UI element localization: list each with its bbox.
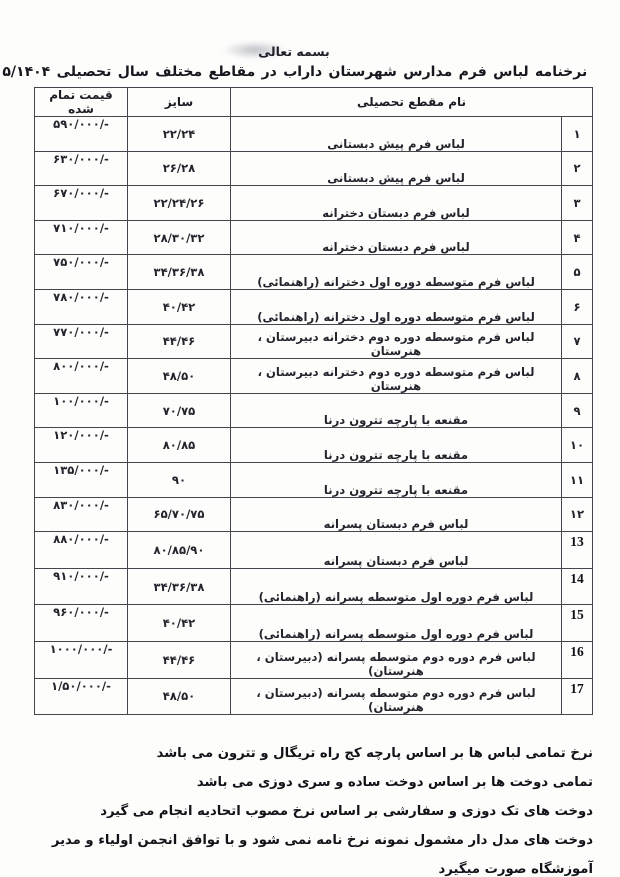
size-cell-value: ۴۴/۴۶ bbox=[163, 334, 196, 348]
price-cell-value: ۹۱۰/۰۰۰/- bbox=[53, 569, 109, 583]
table-row: ۱۲لباس فرم دبستان پسرانه۶۵/۷۰/۷۵۸۳۰/۰۰۰/… bbox=[35, 497, 593, 532]
academic-year: ۱۴۰۵/۱۴۰۴ bbox=[0, 64, 50, 80]
size-cell: ۴۰/۴۲ bbox=[128, 289, 231, 324]
price-cell-value: ۸۳۰/۰۰۰/- bbox=[53, 498, 109, 512]
header-price: قیمت تمام شده bbox=[35, 88, 128, 117]
size-cell: ۳۴/۳۶/۳۸ bbox=[128, 568, 231, 605]
size-cell-value: ۴۰/۴۲ bbox=[163, 616, 196, 630]
size-cell: ۴۸/۵۰ bbox=[128, 678, 231, 715]
row-number-cell-value: ۷ bbox=[573, 334, 580, 348]
row-number-cell: 13 bbox=[562, 532, 593, 569]
level-name-cell-value: مقنعه با پارچه تترون درنا bbox=[324, 448, 468, 462]
footnote-line: نرخ تمامی لباس ها بر اساس پارچه کج راه ت… bbox=[5, 739, 593, 768]
price-cell: ۶۳۰/۰۰۰/- bbox=[35, 151, 128, 186]
row-number-cell: 16 bbox=[562, 641, 593, 678]
level-name-cell-value: لباس فرم پیش دبستانی bbox=[327, 171, 465, 185]
level-name-cell: مقنعه با پارچه تترون درنا bbox=[231, 462, 562, 497]
table-row: 13لباس فرم دبستان پسرانه۸۰/۸۵/۹۰۸۸۰/۰۰۰/… bbox=[35, 532, 593, 569]
size-cell-value: ۶۵/۷۰/۷۵ bbox=[154, 507, 205, 521]
row-number-cell: ۱۰ bbox=[562, 428, 593, 463]
row-number-cell-value: 16 bbox=[570, 644, 584, 659]
size-cell-value: ۸۰/۸۵/۹۰ bbox=[154, 543, 205, 557]
row-number-cell: 14 bbox=[562, 568, 593, 605]
table-row: ۲لباس فرم پیش دبستانی۲۶/۲۸۶۳۰/۰۰۰/- bbox=[35, 151, 593, 186]
row-number-cell: ۵ bbox=[562, 255, 593, 290]
row-number-cell-value: ۸ bbox=[573, 369, 580, 383]
level-name-cell-value: لباس فرم دبستان دخترانه bbox=[322, 240, 470, 254]
size-cell: ۲۸/۳۰/۳۲ bbox=[128, 220, 231, 255]
level-name-cell: لباس فرم متوسطه دوره دوم دخترانه دبیرستا… bbox=[231, 359, 562, 394]
level-name-cell-value: مقنعه با پارچه تترون درنا bbox=[324, 483, 468, 497]
row-number-cell-value: ۹ bbox=[573, 404, 580, 418]
size-cell: ۲۶/۲۸ bbox=[128, 151, 231, 186]
level-name-cell: لباس فرم متوسطه دوره اول دخترانه (راهنما… bbox=[231, 255, 562, 290]
uniform-price-table: نام مقطع تحصیلی سایز قیمت تمام شده ۱لباس… bbox=[34, 87, 593, 715]
row-number-cell: ۲ bbox=[562, 151, 593, 186]
price-cell-value: ۱۲۰/۰۰۰/- bbox=[53, 428, 109, 442]
size-cell: ۶۵/۷۰/۷۵ bbox=[128, 497, 231, 532]
price-cell: ۵۹۰/۰۰۰/- bbox=[35, 117, 128, 152]
size-cell: ۴۴/۴۶ bbox=[128, 641, 231, 678]
table-row: ۱لباس فرم پیش دبستانی۲۲/۲۴۵۹۰/۰۰۰/- bbox=[35, 117, 593, 152]
row-number-cell: ۸ bbox=[562, 359, 593, 394]
table-row: 16لباس فرم دوره دوم متوسطه پسرانه (دبیرس… bbox=[35, 641, 593, 678]
level-name-cell-value: لباس فرم متوسطه دوره اول دخترانه (راهنما… bbox=[257, 310, 535, 324]
size-cell: ۸۰/۸۵/۹۰ bbox=[128, 532, 231, 569]
row-number-cell: ۷ bbox=[562, 324, 593, 359]
level-name-cell-value: لباس فرم دبستان دخترانه bbox=[322, 206, 470, 220]
level-name-cell-value: لباس فرم پیش دبستانی bbox=[327, 137, 465, 151]
price-cell: ۷۷۰/۰۰۰/- bbox=[35, 324, 128, 359]
header-size: سایز bbox=[128, 88, 231, 117]
size-cell-value: ۹۰ bbox=[172, 473, 186, 487]
price-cell-value: ۶۷۰/۰۰۰/- bbox=[53, 186, 109, 200]
level-name-cell: لباس فرم پیش دبستانی bbox=[231, 117, 562, 152]
level-name-cell: لباس فرم متوسطه دوره دوم دخترانه دبیرستا… bbox=[231, 324, 562, 359]
size-cell-value: ۲۲/۲۴/۲۶ bbox=[154, 196, 205, 210]
size-cell: ۴۴/۴۶ bbox=[128, 324, 231, 359]
level-name-cell: لباس فرم دوره دوم متوسطه پسرانه (دبیرستا… bbox=[231, 678, 562, 715]
size-cell-value: ۸۰/۸۵ bbox=[163, 438, 196, 452]
row-number-cell: ۹ bbox=[562, 393, 593, 428]
level-name-cell: لباس فرم دوره اول متوسطه پسرانه (راهنمائ… bbox=[231, 568, 562, 605]
table-row: ۳لباس فرم دبستان دخترانه۲۲/۲۴/۲۶۶۷۰/۰۰۰/… bbox=[35, 186, 593, 221]
price-cell: ۷۱۰/۰۰۰/- bbox=[35, 220, 128, 255]
price-cell: ۱۳۵/۰۰۰/- bbox=[35, 462, 128, 497]
row-number-cell: 17 bbox=[562, 678, 593, 715]
size-cell-value: ۳۴/۳۶/۳۸ bbox=[154, 265, 205, 279]
footnotes: نرخ تمامی لباس ها بر اساس پارچه کج راه ت… bbox=[5, 739, 593, 877]
table-row: ۷لباس فرم متوسطه دوره دوم دخترانه دبیرست… bbox=[35, 324, 593, 359]
footnote-line: دوخت های مدل دار مشمول نمونه نرخ نامه نم… bbox=[5, 826, 593, 877]
table-row: ۱۱مقنعه با پارچه تترون درنا۹۰۱۳۵/۰۰۰/- bbox=[35, 462, 593, 497]
row-number-cell: ۳ bbox=[562, 186, 593, 221]
level-name-cell: مقنعه با پارچه تترون درنا bbox=[231, 393, 562, 428]
row-number-cell-value: ۵ bbox=[573, 265, 580, 279]
price-cell-value: ۱/۵۰/۰۰۰/- bbox=[51, 679, 111, 693]
price-cell-value: ۱۰۰/۰۰۰/- bbox=[53, 394, 109, 408]
size-cell-value: ۳۴/۳۶/۳۸ bbox=[154, 580, 205, 594]
size-cell: ۷۰/۷۵ bbox=[128, 393, 231, 428]
row-number-cell-value: ۱ bbox=[573, 127, 580, 141]
price-cell: ۶۷۰/۰۰۰/- bbox=[35, 186, 128, 221]
table-header-row: نام مقطع تحصیلی سایز قیمت تمام شده bbox=[35, 88, 593, 117]
level-name-cell: لباس فرم دبستان دخترانه bbox=[231, 220, 562, 255]
level-name-cell-value: لباس فرم متوسطه دوره دوم دخترانه دبیرستا… bbox=[258, 330, 535, 358]
price-cell-value: ۷۷۰/۰۰۰/- bbox=[53, 325, 109, 339]
size-cell-value: ۲۸/۳۰/۳۲ bbox=[154, 231, 205, 245]
level-name-cell-value: لباس فرم دبستان پسرانه bbox=[324, 517, 469, 531]
row-number-cell-value: ۲ bbox=[573, 161, 580, 175]
price-cell: ۱۲۰/۰۰۰/- bbox=[35, 428, 128, 463]
price-cell-value: ۷۱۰/۰۰۰/- bbox=[53, 221, 109, 235]
size-cell-value: ۲۶/۲۸ bbox=[163, 161, 196, 175]
table-row: ۸لباس فرم متوسطه دوره دوم دخترانه دبیرست… bbox=[35, 359, 593, 394]
row-number-cell: ۱۱ bbox=[562, 462, 593, 497]
level-name-cell: لباس فرم دوره دوم متوسطه پسرانه (دبیرستا… bbox=[231, 641, 562, 678]
price-cell-value: ۶۳۰/۰۰۰/- bbox=[53, 152, 109, 166]
level-name-cell: لباس فرم دبستان پسرانه bbox=[231, 532, 562, 569]
level-name-cell: لباس فرم دبستان پسرانه bbox=[231, 497, 562, 532]
size-cell: ۹۰ bbox=[128, 462, 231, 497]
price-cell: ۱/۵۰/۰۰۰/- bbox=[35, 678, 128, 715]
level-name-cell: مقنعه با پارچه تترون درنا bbox=[231, 428, 562, 463]
size-cell: ۳۴/۳۶/۳۸ bbox=[128, 255, 231, 290]
price-cell: ۸۰۰/۰۰۰/- bbox=[35, 359, 128, 394]
table-row: 17لباس فرم دوره دوم متوسطه پسرانه (دبیرس… bbox=[35, 678, 593, 715]
size-cell: ۲۲/۲۴ bbox=[128, 117, 231, 152]
level-name-cell: لباس فرم پیش دبستانی bbox=[231, 151, 562, 186]
price-cell-value: ۱۰۰۰/۰۰۰/- bbox=[50, 642, 113, 656]
table-row: ۱۰مقنعه با پارچه تترون درنا۸۰/۸۵۱۲۰/۰۰۰/… bbox=[35, 428, 593, 463]
price-cell: ۱۰۰/۰۰۰/- bbox=[35, 393, 128, 428]
price-cell: ۹۱۰/۰۰۰/- bbox=[35, 568, 128, 605]
document-title-text: نرخنامه لباس فرم مدارس شهرستان داراب در … bbox=[57, 64, 588, 80]
bismillah-header: بسمه تعالی bbox=[0, 0, 604, 59]
size-cell: ۲۲/۲۴/۲۶ bbox=[128, 186, 231, 221]
price-cell-value: ۹۶۰/۰۰۰/- bbox=[53, 605, 109, 619]
price-cell-value: ۸۰۰/۰۰۰/- bbox=[53, 359, 109, 373]
price-cell: ۷۸۰/۰۰۰/- bbox=[35, 289, 128, 324]
price-cell: ۹۶۰/۰۰۰/- bbox=[35, 605, 128, 642]
row-number-cell-value: ۳ bbox=[573, 196, 580, 210]
row-number-cell-value: ۱۲ bbox=[570, 507, 584, 521]
level-name-cell: لباس فرم دوره اول متوسطه پسرانه (راهنمائ… bbox=[231, 605, 562, 642]
price-cell: ۱۰۰۰/۰۰۰/- bbox=[35, 641, 128, 678]
size-cell-value: ۷۰/۷۵ bbox=[163, 404, 196, 418]
size-cell: ۸۰/۸۵ bbox=[128, 428, 231, 463]
price-cell-value: ۸۸۰/۰۰۰/- bbox=[53, 532, 109, 546]
header-level-name: نام مقطع تحصیلی bbox=[231, 88, 593, 117]
level-name-cell-value: لباس فرم متوسطه دوره دوم دخترانه دبیرستا… bbox=[258, 365, 535, 393]
level-name-cell-value: لباس فرم دبستان پسرانه bbox=[324, 554, 469, 568]
document-title: نرخنامه لباس فرم مدارس شهرستان داراب در … bbox=[0, 64, 592, 80]
row-number-cell: 15 bbox=[562, 605, 593, 642]
size-cell-value: ۲۲/۲۴ bbox=[163, 127, 196, 141]
row-number-cell-value: ۱۰ bbox=[570, 438, 584, 452]
price-cell-value: ۷۵۰/۰۰۰/- bbox=[53, 255, 109, 269]
table-body: ۱لباس فرم پیش دبستانی۲۲/۲۴۵۹۰/۰۰۰/-۲لباس… bbox=[35, 117, 593, 715]
level-name-cell: لباس فرم دبستان دخترانه bbox=[231, 186, 562, 221]
level-name-cell-value: مقنعه با پارچه تترون درنا bbox=[324, 413, 468, 427]
size-cell: ۴۸/۵۰ bbox=[128, 359, 231, 394]
price-cell-value: ۷۸۰/۰۰۰/- bbox=[53, 290, 109, 304]
row-number-cell-value: 17 bbox=[570, 681, 584, 696]
size-cell-value: ۴۴/۴۶ bbox=[163, 653, 196, 667]
table-row: ۶لباس فرم متوسطه دوره اول دخترانه (راهنم… bbox=[35, 289, 593, 324]
level-name-cell-value: لباس فرم دوره دوم متوسطه پسرانه (دبیرستا… bbox=[256, 686, 535, 714]
level-name-cell-value: لباس فرم دوره دوم متوسطه پسرانه (دبیرستا… bbox=[256, 650, 535, 678]
row-number-cell-value: 13 bbox=[570, 534, 584, 549]
row-number-cell-value: ۴ bbox=[573, 231, 580, 245]
price-cell: ۸۸۰/۰۰۰/- bbox=[35, 532, 128, 569]
row-number-cell: ۱۲ bbox=[562, 497, 593, 532]
size-cell: ۴۰/۴۲ bbox=[128, 605, 231, 642]
price-cell-value: ۵۹۰/۰۰۰/- bbox=[53, 117, 109, 131]
size-cell-value: ۴۸/۵۰ bbox=[163, 369, 196, 383]
row-number-cell-value: ۱۱ bbox=[570, 473, 584, 487]
row-number-cell-value: ۶ bbox=[573, 300, 580, 314]
footnote-line: تمامی دوخت ها بر اساس دوخت ساده و سری دو… bbox=[5, 768, 593, 797]
table-row: ۴لباس فرم دبستان دخترانه۲۸/۳۰/۳۲۷۱۰/۰۰۰/… bbox=[35, 220, 593, 255]
price-cell-value: ۱۳۵/۰۰۰/- bbox=[53, 463, 109, 477]
price-cell: ۷۵۰/۰۰۰/- bbox=[35, 255, 128, 290]
table-row: 15لباس فرم دوره اول متوسطه پسرانه (راهنم… bbox=[35, 605, 593, 642]
price-cell: ۸۳۰/۰۰۰/- bbox=[35, 497, 128, 532]
row-number-cell-value: 15 bbox=[570, 607, 584, 622]
table-row: ۹مقنعه با پارچه تترون درنا۷۰/۷۵۱۰۰/۰۰۰/- bbox=[35, 393, 593, 428]
row-number-cell-value: 14 bbox=[570, 571, 584, 586]
footnote-line: دوخت های تک دوزی و سفارشی بر اساس نرخ مص… bbox=[5, 797, 593, 826]
size-cell-value: ۴۸/۵۰ bbox=[163, 689, 196, 703]
size-cell-value: ۴۰/۴۲ bbox=[163, 300, 196, 314]
row-number-cell: ۴ bbox=[562, 220, 593, 255]
row-number-cell: ۶ bbox=[562, 289, 593, 324]
level-name-cell: لباس فرم متوسطه دوره اول دخترانه (راهنما… bbox=[231, 289, 562, 324]
table-row: ۵لباس فرم متوسطه دوره اول دخترانه (راهنم… bbox=[35, 255, 593, 290]
scanned-price-list-page: بسمه تعالی نرخنامه لباس فرم مدارس شهرستا… bbox=[0, 0, 620, 877]
level-name-cell-value: لباس فرم متوسطه دوره اول دخترانه (راهنما… bbox=[257, 275, 535, 289]
table-row: 14لباس فرم دوره اول متوسطه پسرانه (راهنم… bbox=[35, 568, 593, 605]
row-number-cell: ۱ bbox=[562, 117, 593, 152]
level-name-cell-value: لباس فرم دوره اول متوسطه پسرانه (راهنمائ… bbox=[259, 627, 534, 641]
level-name-cell-value: لباس فرم دوره اول متوسطه پسرانه (راهنمائ… bbox=[259, 590, 534, 604]
